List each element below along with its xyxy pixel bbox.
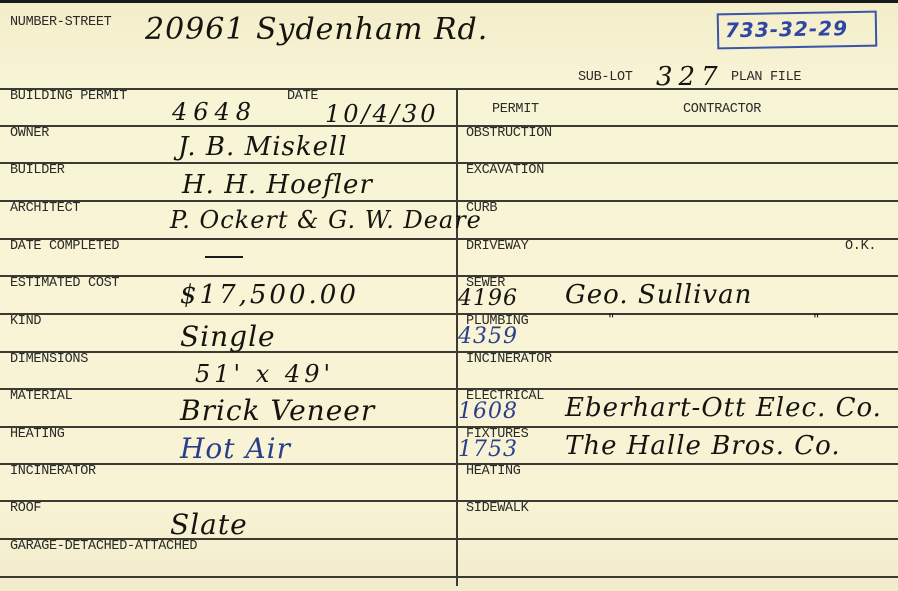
- right-field-permit: 4359: [458, 324, 518, 349]
- left-field-value: Single: [180, 320, 276, 353]
- stamp-number: 733-32-29: [725, 16, 848, 42]
- row-line: [0, 351, 898, 353]
- row-line: [0, 162, 898, 164]
- right-field-label: SIDEWALK: [466, 501, 528, 516]
- left-field-label: OWNER: [10, 126, 49, 141]
- row-line: [0, 388, 898, 390]
- contractor-header: CONTRACTOR: [683, 102, 761, 117]
- right-field-label: CURB: [466, 201, 497, 216]
- left-field-label: HEATING: [10, 427, 65, 442]
- left-field-label: MATERIAL: [10, 389, 72, 404]
- stamp-box: 733-32-29: [717, 11, 878, 50]
- left-field-label: ARCHITECT: [10, 201, 80, 216]
- left-field-label: DATE COMPLETED: [10, 239, 119, 254]
- right-field-permit: 1608: [458, 399, 518, 424]
- left-field-label: BUILDING PERMIT: [10, 89, 127, 104]
- right-field-contractor: Geo. Sullivan: [565, 280, 752, 310]
- left-field-label: ESTIMATED COST: [10, 276, 119, 291]
- row-line: [0, 238, 898, 240]
- left-field-value: Brick Veneer: [180, 394, 375, 427]
- right-field-label: INCINERATOR: [466, 352, 552, 367]
- row-line: [0, 88, 898, 90]
- left-field-value: J. B. Miskell: [178, 132, 348, 162]
- left-field-label: BUILDER: [10, 163, 65, 178]
- driveway-note: O.K.: [845, 239, 876, 254]
- left-field-label: DIMENSIONS: [10, 352, 88, 367]
- right-field-contractor: Eberhart-Ott Elec. Co.: [565, 393, 882, 423]
- number-street-label: NUMBER-STREET: [10, 15, 111, 30]
- plan-file-label: PLAN FILE: [731, 70, 801, 85]
- row-line: [0, 500, 898, 502]
- building-permit-card: NUMBER-STREET 20961 Sydenham Rd. 733-32-…: [0, 0, 898, 591]
- sub-lot-label: SUB-LOT: [578, 70, 633, 85]
- row-line: [0, 275, 898, 277]
- left-field-value: P. Ockert & G. W. Deare: [170, 206, 482, 234]
- row-line: [0, 125, 898, 127]
- left-field-value: Hot Air: [180, 432, 291, 465]
- left-field-label: KIND: [10, 314, 41, 329]
- date-label: DATE: [287, 89, 318, 104]
- right-field-contractor: " ": [608, 312, 833, 328]
- right-field-label: OBSTRUCTION: [466, 126, 552, 141]
- left-field-label: INCINERATOR: [10, 464, 96, 479]
- left-field-label: GARAGE-DETACHED-ATTACHED: [10, 539, 197, 554]
- right-field-permit: 1753: [458, 437, 518, 462]
- date-completed-dash: [205, 256, 243, 258]
- card-top-edge: [0, 0, 898, 3]
- row-line: [0, 426, 898, 428]
- left-field-value: $17,500.00: [180, 280, 359, 310]
- row-line: [0, 200, 898, 202]
- permit-header: PERMIT: [492, 102, 539, 117]
- left-field-value: Slate: [170, 508, 248, 541]
- left-field-label: ROOF: [10, 501, 41, 516]
- left-field-value: 51' x 49': [195, 360, 334, 388]
- row-line: [0, 463, 898, 465]
- date-value: 10/4/30: [325, 100, 439, 128]
- right-field-label: DRIVEWAY: [466, 239, 528, 254]
- number-street-value: 20961 Sydenham Rd.: [145, 12, 488, 47]
- right-field-label: EXCAVATION: [466, 163, 544, 178]
- right-field-label: HEATING: [466, 464, 521, 479]
- left-field-value: 4648: [172, 98, 257, 126]
- right-field-permit: 4196: [458, 286, 518, 311]
- right-field-contractor: The Halle Bros. Co.: [565, 431, 841, 461]
- left-field-value: H. H. Hoefler: [182, 170, 373, 200]
- row-line: [0, 576, 898, 578]
